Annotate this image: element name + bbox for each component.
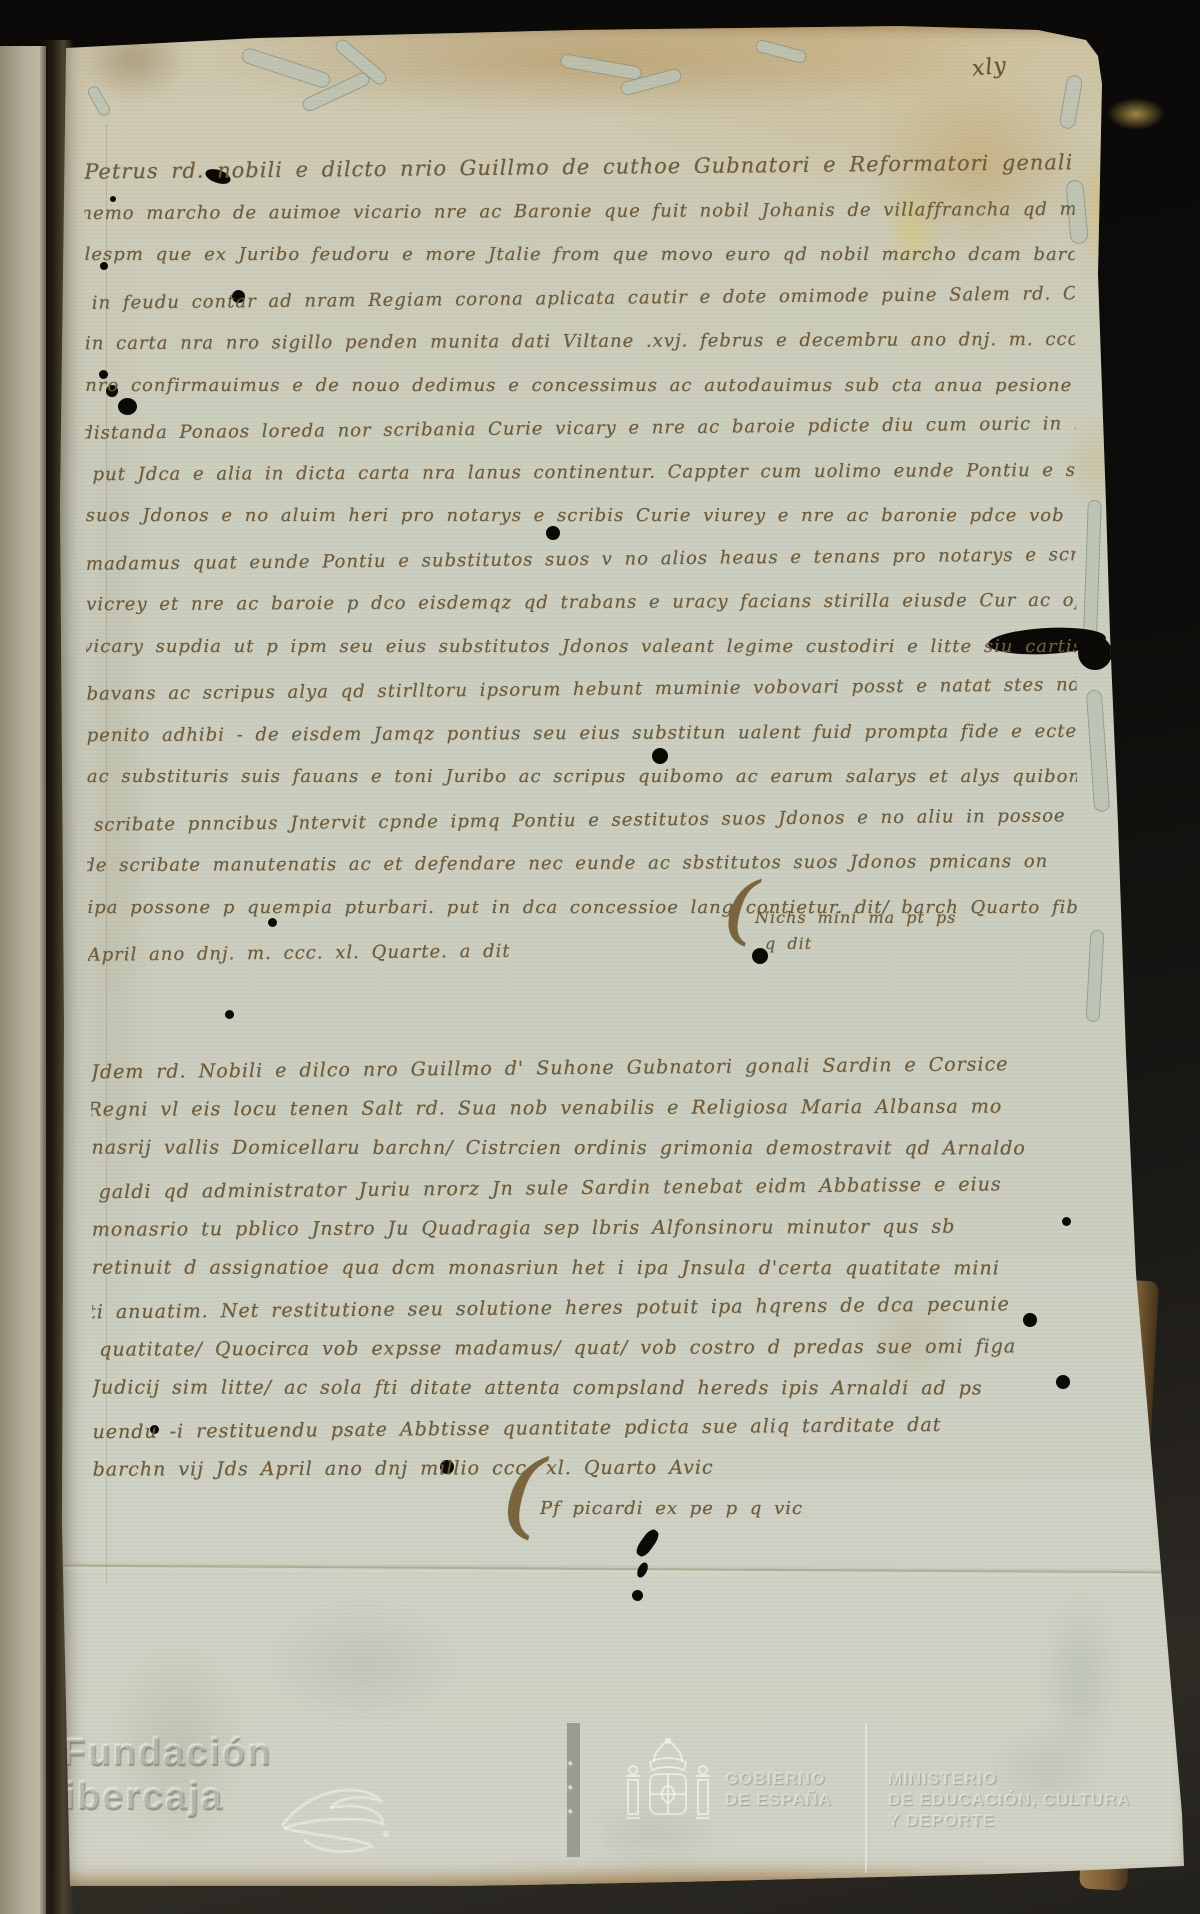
stain — [358, 1858, 1138, 1914]
star-icon: ✶ — [566, 1759, 574, 1770]
ministerio-line3: Y DEPORTE — [888, 1810, 1131, 1831]
photograph-of-manuscript: { "page": { "number": "xly" }, "manuscri… — [0, 0, 1200, 1914]
manuscript-line: nasrij vallis Domicellaru barchn/ Cistrc… — [92, 1128, 1077, 1169]
gobierno-espana-watermark: GOBIERNO DE ESPAÑA — [725, 1768, 832, 1810]
manuscript-line: suos Jdonos e no aluim heri pro notarys … — [86, 494, 1076, 538]
manuscript-line: de scribate manutenatis ac et defendare … — [84, 840, 1077, 888]
manuscript-page: xly Petrus rd. nobili e dilcto nrio Guil… — [58, 24, 1192, 1886]
stain — [58, 4, 208, 114]
ink-blot — [225, 1010, 234, 1019]
gobierno-line2: DE ESPAÑA — [725, 1789, 832, 1810]
ibercaja-watermark-line1: Fundación — [62, 1730, 272, 1774]
manuscript-line: penito adhibi - de eisdem Jamqz pontius … — [87, 709, 1077, 757]
column-cap-top — [580, 1723, 606, 1755]
manuscript-line: barchn vij Jds April ano dnj millio ccc.… — [93, 1446, 1078, 1489]
manuscript-entry-2: Jdem rd. Nobili e dilco nro Guillmo d' S… — [91, 1046, 1078, 1501]
bracket-mark: ( — [500, 1482, 548, 1508]
bracket-mark: ( — [723, 897, 762, 923]
worm-trail-mark — [86, 84, 112, 118]
manuscript-line: uendu -i restituendu psate Abbtisse quan… — [92, 1404, 1077, 1453]
manuscript-line: ac substituris suis fauans e toni Juribo… — [87, 755, 1077, 799]
worm-trail-mark — [754, 38, 808, 64]
closing-note-line: Pf picardi ex pe p q vic — [540, 1496, 803, 1522]
watermark-divider — [865, 1723, 867, 1873]
fold-crease — [58, 1565, 1192, 1574]
worm-trail-mark — [240, 46, 332, 90]
registration-note-line: Nichs mini ma pt ps — [755, 905, 956, 931]
manuscript-line: madamus quat eunde Pontiu e substitutos … — [86, 533, 1076, 586]
column-watermark: ✶ ✶ ✶ — [567, 1723, 609, 1857]
ibercaja-watermark-line2: ibercaja — [64, 1774, 272, 1818]
stain — [973, 1714, 1123, 1824]
manuscript-line: vicary supdia ut p ipm seu eius substitu… — [84, 625, 1076, 669]
manuscript-line: monasrio tu pblico Jnstro Ju Quadragia s… — [92, 1206, 1077, 1249]
manuscript-line: Judicij sim litte/ ac sola fti ditate at… — [92, 1368, 1077, 1409]
spain-coat-of-arms-watermark — [616, 1736, 720, 1854]
manuscript-line: galdi qd administrator Juriu nrorz Jn su… — [99, 1164, 1077, 1213]
ink-blot — [634, 1527, 662, 1559]
registration-note-line: q dit — [765, 931, 956, 957]
ministerio-watermark: MINISTERIO DE EDUCACIÓN, CULTURA Y DEPOR… — [888, 1768, 1131, 1831]
manuscript-line: in carta nra nro sigillo penden munita d… — [85, 318, 1075, 366]
worm-trail-mark — [1086, 690, 1110, 813]
manuscript-line: retinuit d assignatioe qua dcm monasriun… — [92, 1248, 1077, 1289]
manuscript-line: vicrey et nre ac baroie p dco eisdemqz q… — [86, 579, 1076, 627]
manuscript-line: Petrus rd. nobili e dilcto nrio Guillmo … — [84, 144, 1074, 194]
ink-blot — [632, 1590, 643, 1601]
worm-trail-mark — [1086, 930, 1105, 1023]
star-icon: ✶ — [566, 1783, 574, 1794]
worm-trail-mark — [1058, 74, 1083, 130]
column-cap-bottom — [580, 1823, 606, 1855]
fundacion-ibercaja-watermark: Fundación ibercaja — [62, 1730, 272, 1818]
folio-number: xly — [971, 53, 1008, 82]
manuscript-line: Regni vl eis locu tenen Salt rd. Sua nob… — [91, 1086, 1076, 1129]
manuscript-line: bavans ac scripus alya qd stirlltoru ips… — [86, 663, 1076, 716]
stain — [238, 1589, 488, 1739]
manuscript-line: Jdem rd. Nobili e dilco nro Guillmo d' S… — [91, 1046, 1076, 1092]
ministerio-line1: MINISTERIO — [888, 1768, 1131, 1789]
underlying-page-corner — [1096, 92, 1176, 136]
manuscript-line: nemo marcho de auimoe vicario nre ac Bar… — [84, 187, 1074, 235]
closing-note: ( Pf picardi ex pe p q vic — [540, 1496, 803, 1522]
gobierno-line1: GOBIERNO — [725, 1768, 832, 1789]
manuscript-line: quatitate/ Quocirca vob expsse madamus/ … — [99, 1326, 1077, 1369]
manuscript-line: lespm que ex Juribo feudoru e more Jtali… — [85, 233, 1075, 277]
manuscript-line: put Jdca e alia in dicta carta nra lanus… — [93, 448, 1076, 496]
manuscript-line: distanda Ponaos loreda nor scribania Cur… — [84, 402, 1075, 455]
stain — [93, 1614, 263, 1874]
ink-blot-tear — [1078, 636, 1112, 670]
ministerio-line2: DE EDUCACIÓN, CULTURA — [888, 1789, 1131, 1810]
registration-note: ( Nichs mini ma pt ps q dit — [755, 905, 956, 957]
manuscript-line: scribate pnncibus Jntervit cpnde ipmq Po… — [94, 794, 1077, 847]
manuscript-entry-1: Petrus rd. nobili e dilcto nrio Guillmo … — [84, 144, 1078, 983]
worm-trail-mark — [559, 53, 642, 81]
ibercaja-logo-watermark — [268, 1764, 398, 1869]
star-icon: ✶ — [566, 1807, 574, 1818]
manuscript-line: ti anuatim. Net restitutione seu solutio… — [91, 1284, 1077, 1333]
manuscript-line: in feudu contar ad nram Regiam corona ap… — [92, 272, 1075, 325]
manuscript-line: nro confirmauimus e de nouo dedimus e co… — [85, 364, 1075, 408]
stain — [1033, 1574, 1128, 1784]
